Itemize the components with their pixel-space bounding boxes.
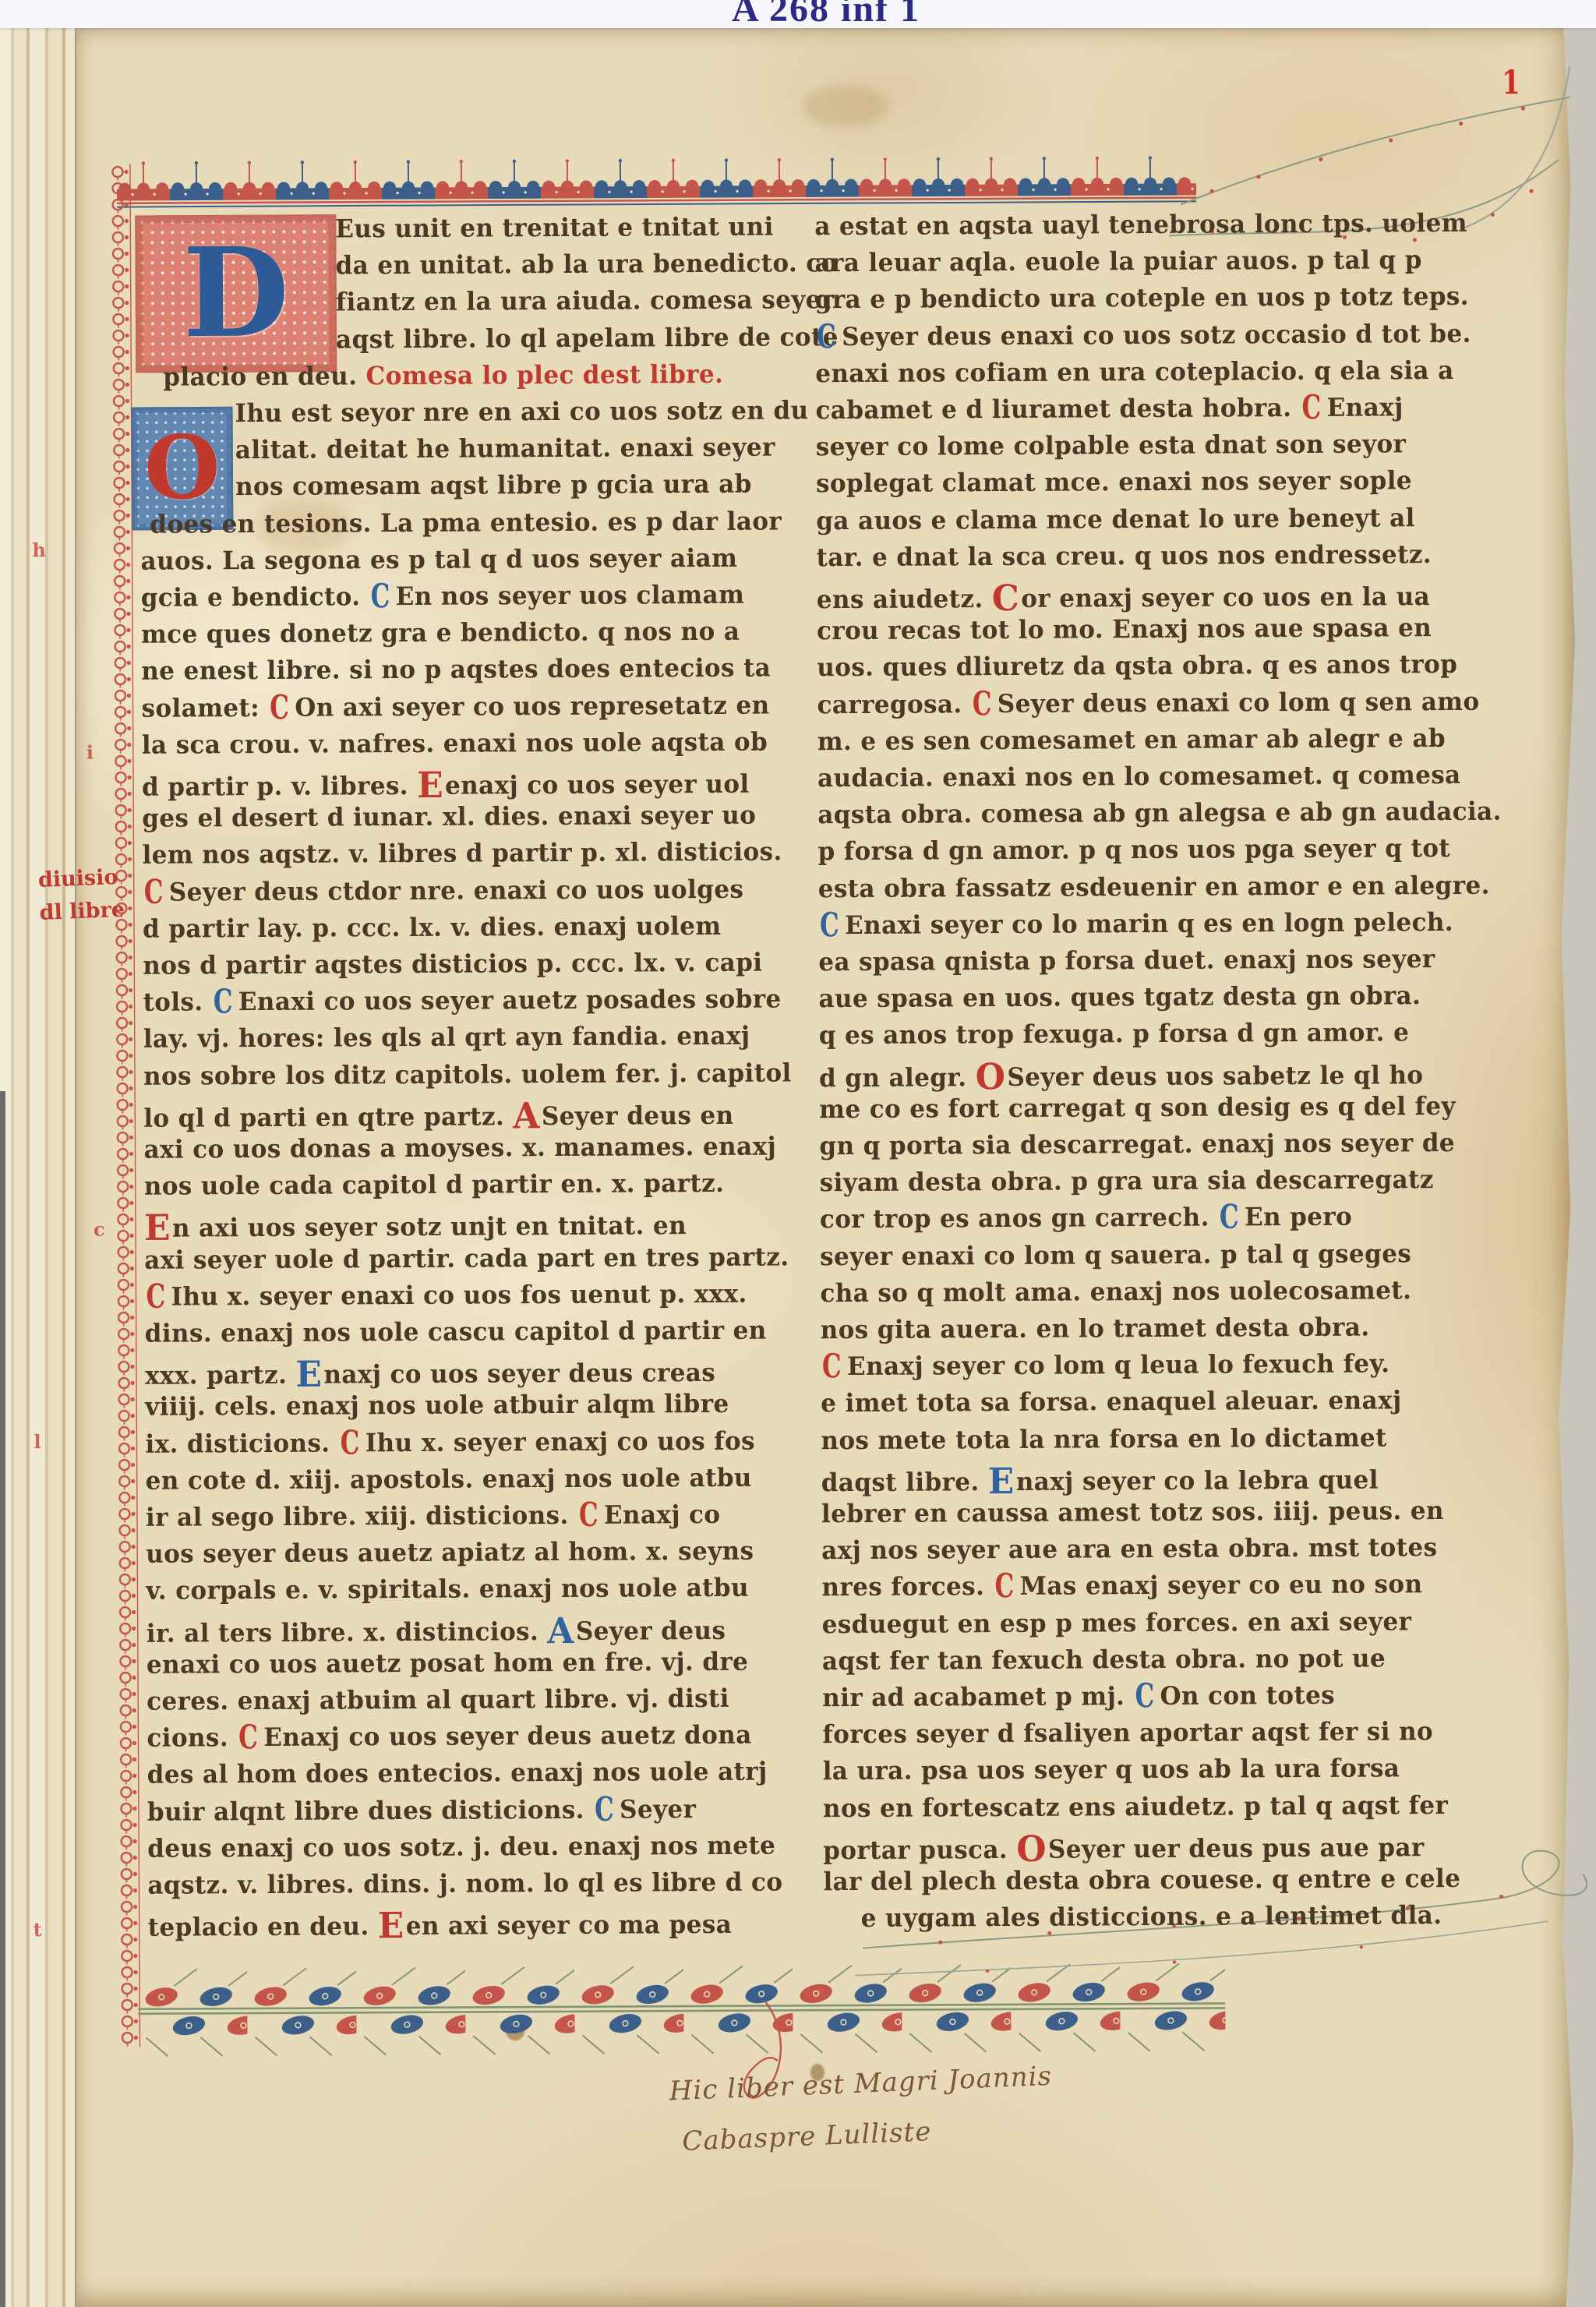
- text-line: solamet: COn axi seyer co uos represetat…: [141, 693, 769, 721]
- text-line: xxx. partz. Enaxj co uos seyer deus crea…: [145, 1355, 715, 1394]
- text-run: d gn alegr.: [819, 1063, 976, 1093]
- text-line: nos en fortescatz ens aiudetz. p tal q a…: [823, 1793, 1448, 1821]
- text-line: Eus unit en trenitat e tnitat uni: [335, 215, 774, 242]
- inline-initial: E: [988, 1461, 1015, 1502]
- text-run: carregosa.: [817, 690, 970, 719]
- text-line: seyer enaxi co lom q sauera. p tal q gse…: [820, 1242, 1411, 1270]
- text-line: axj nos seyer aue ara en esta obra. mst …: [821, 1535, 1437, 1563]
- text-run: axj nos seyer aue ara en esta obra. mst …: [821, 1533, 1437, 1566]
- text-run: En nos seyer uos clamam: [396, 581, 745, 612]
- text-line: nos gita auera. en lo tramet desta obra.: [821, 1316, 1370, 1344]
- text-run: Enaxi seyer co lo marin q es en logn pel…: [845, 908, 1453, 941]
- text-run: des al hom does entecios. enaxj nos uole…: [147, 1758, 768, 1790]
- paragraph-mark: C: [595, 1793, 614, 1827]
- text-run: nos en fortescatz ens aiudetz. p tal q a…: [823, 1791, 1448, 1824]
- text-line: a estat en aqsta uayl tenebrosa lonc tps…: [814, 211, 1467, 240]
- text-line: esduegut en esp p mes forces. en axi sey…: [822, 1609, 1412, 1638]
- text-run: Ihu x. seyer enaxi co uos fos uenut p. x…: [171, 1279, 747, 1311]
- text-run: enaxi co uos auetz posat hom en fre. vj.…: [147, 1647, 748, 1679]
- text-line: tols. CEnaxi co uos seyer auetz posades …: [143, 987, 781, 1016]
- text-line: q es anos trop fexuga. p forsa d gn amor…: [819, 1021, 1410, 1049]
- text-line: alitat. deitat he humanitat. enaxi seyer: [235, 436, 775, 464]
- text-line: auos. La segona es p tal q d uos seyer a…: [140, 546, 737, 574]
- text-run: nos comesam aqst libre p gcia ura ab: [235, 470, 752, 502]
- text-line: d partir lay. p. ccc. lx. v. dies. enaxj…: [143, 914, 722, 942]
- top-border-ornament: [117, 154, 1196, 209]
- inline-initial: E: [417, 765, 443, 806]
- text-run: forces seyer d fsaliyen aportar aqst fer…: [822, 1717, 1433, 1750]
- paragraph-mark: C: [1220, 1202, 1239, 1235]
- text-run: ir al sego libre. xiij. disticions.: [146, 1501, 577, 1532]
- paragraph-mark: C: [341, 1427, 360, 1461]
- text-run: nir ad acabamet p mj.: [822, 1682, 1134, 1713]
- margin-note-line: diuisio: [37, 861, 124, 897]
- text-line: ne enest libre. si no p aqstes does ente…: [141, 656, 771, 684]
- text-run: portar pusca.: [823, 1835, 1016, 1866]
- shelfmark-label: A 268 inf 1: [678, 0, 974, 28]
- text-line: viiij. cels. enaxj nos uole atbuir alqm …: [145, 1392, 729, 1420]
- text-run: daqst libre.: [821, 1468, 988, 1498]
- inline-initial: O: [1016, 1828, 1047, 1870]
- text-column-b: a estat en aqsta uayl tenebrosa lonc tps…: [814, 208, 1494, 1973]
- text-line: lar del plech desta obra couese. q entre…: [823, 1867, 1460, 1895]
- text-run: e imet tota sa forsa. enaquel aleuar. en…: [821, 1387, 1401, 1418]
- text-line: soplegat clamat mce. enaxi nos seyer sop…: [816, 469, 1412, 497]
- text-run: On axi seyer co uos represetatz en: [295, 691, 769, 722]
- paragraph-mark: C: [994, 1570, 1014, 1604]
- text-line: carregosa. CSeyer deus enaxi co lom q se…: [817, 689, 1479, 718]
- text-run: auos. La segona es p tal q d uos seyer a…: [140, 543, 737, 575]
- text-run: uos seyer deus auetz apiatz al hom. x. s…: [146, 1537, 754, 1570]
- paragraph-mark: C: [146, 1281, 165, 1314]
- text-run: m. e es sen comesamet en amar ab alegr e…: [817, 724, 1446, 757]
- text-run: does en tesions. La pma entesio. es p da…: [150, 507, 782, 539]
- text-run: la sca crou. v. nafres. enaxi nos uole a…: [142, 727, 768, 760]
- text-line: siyam desta obra. p gra ura sia descarre…: [820, 1168, 1434, 1196]
- text-line: nos d partir aqstes disticios p. ccc. lx…: [143, 951, 762, 979]
- text-run: Ihu est seyor nre en axi co uos sotz en …: [235, 396, 808, 428]
- margin-mark: h: [32, 539, 46, 561]
- text-run: da en unitat. ab la ura benedicto. co: [335, 249, 837, 281]
- text-line: Ihu est seyor nre en axi co uos sotz en …: [235, 398, 808, 426]
- text-run: gn q porta sia descarregat. enaxj nos se…: [819, 1129, 1455, 1161]
- text-run: esduegut en esp p mes forces. en axi sey…: [822, 1607, 1412, 1639]
- paragraph-mark: C: [214, 986, 233, 1019]
- paragraph-mark: C: [1135, 1680, 1154, 1714]
- text-run: q es anos trop fexuga. p forsa d gn amor…: [819, 1019, 1410, 1051]
- text-run: Seyer: [620, 1795, 696, 1825]
- text-line: enaxi nos cofiam en ura coteplacio. q el…: [815, 359, 1454, 387]
- text-line: cha so q molt ama. enaxj nos uolecosamet…: [820, 1278, 1411, 1306]
- text-run: axi seyer uole d partir. cada part en tr…: [144, 1242, 789, 1275]
- text-line: ea spasa qnista p forsa duet. enaxj nos …: [818, 947, 1435, 975]
- text-run: Seyer deus uos sabetz le ql ho: [1007, 1061, 1423, 1092]
- text-run: naxj seyer co la lebra quel: [1016, 1465, 1379, 1496]
- text-line: gra e p bendicto ura coteple en uos p to…: [815, 284, 1469, 313]
- page-content: 1: [0, 0, 1596, 2307]
- text-run: dins. enaxj nos uole cascu capitol d par…: [145, 1316, 767, 1348]
- text-run: ara leuar aqla. euole la puiar auos. p t…: [814, 246, 1421, 278]
- paragraph-mark: C: [270, 691, 289, 725]
- text-run: nres forces.: [821, 1572, 993, 1602]
- text-line: v. corpals e. v. spiritals. enaxj nos uo…: [146, 1576, 749, 1604]
- text-run: enaxj co uos seyer uol: [445, 770, 750, 800]
- text-line: uos seyer deus auetz apiatz al hom. x. s…: [146, 1539, 754, 1567]
- text-run: uos. ques dliuretz da qsta obra. q es an…: [817, 650, 1457, 683]
- margin-note: diuisio dl libre: [37, 861, 125, 930]
- text-line: cions. CEnaxj co uos seyer deus auetz do…: [147, 1723, 751, 1751]
- text-run: or enaxj seyer co uos en la ua: [1021, 582, 1430, 613]
- paragraph-mark: C: [817, 321, 836, 355]
- text-run: v. corpals e. v. spiritals. enaxj nos uo…: [146, 1574, 749, 1606]
- margin-mark: t: [34, 1918, 42, 1941]
- text-line: enaxi co uos auetz posat hom en fre. vj.…: [147, 1650, 748, 1678]
- text-run: viiij. cels. enaxj nos uole atbuir alqm …: [145, 1390, 729, 1422]
- text-run: la ura. psa uos seyer q uos ab la ura fo…: [823, 1754, 1400, 1786]
- text-run: Enaxi co uos seyer auetz posades sobre: [238, 985, 782, 1017]
- inline-initial: E: [378, 1906, 404, 1947]
- text-run: p forsa d gn amor. p q nos uos pga seyer…: [817, 834, 1450, 867]
- text-line: CEnaxj seyer co lom q leua lo fexuch fey…: [821, 1352, 1390, 1380]
- text-line: audacia. enaxi nos en lo comesamet. q co…: [817, 763, 1461, 792]
- text-run: ix. disticions.: [145, 1429, 338, 1459]
- text-line: CIhu x. seyer enaxi co uos fos uenut p. …: [144, 1282, 747, 1310]
- text-run: cha so q molt ama. enaxj nos uolecosamet…: [820, 1276, 1411, 1308]
- paragraph-mark: C: [371, 581, 390, 614]
- text-run: ir. al ters libre. x. distincios.: [147, 1617, 548, 1648]
- text-line: m. e es sen comesamet en amar ab alegr e…: [817, 726, 1446, 754]
- text-run: solamet:: [141, 693, 268, 722]
- text-run: en axi seyer co ma pesa: [406, 1910, 733, 1941]
- text-run: Enaxj: [1327, 393, 1404, 422]
- text-line: d partir p. v. libres. Eenaxj co uos sey…: [142, 766, 750, 805]
- text-run: Seyer deus enaxi co uos sotz occasio d t…: [842, 319, 1471, 352]
- text-run: soplegat clamat mce. enaxi nos seyer sop…: [816, 467, 1412, 499]
- text-run: lar del plech desta obra couese. q entre…: [823, 1864, 1460, 1897]
- text-run: aqst fer tan fexuch desta obra. no pot u…: [822, 1644, 1386, 1676]
- text-line: forces seyer d fsaliyen aportar aqst fer…: [822, 1719, 1433, 1747]
- text-line: placio en deu. Comesa lo plec dest libre…: [163, 362, 723, 390]
- text-run: n axi uos seyer sotz unjt en tnitat. en: [172, 1211, 687, 1243]
- inline-initial: O: [976, 1056, 1006, 1097]
- text-run: seyer enaxi co lom q sauera. p tal q gse…: [820, 1239, 1411, 1271]
- inline-initial: A: [513, 1095, 540, 1136]
- text-line: ga auos e clama mce denat lo ure beneyt …: [816, 506, 1415, 534]
- text-run: deus enaxj co uos sotz. j. deu. enaxj no…: [147, 1831, 775, 1864]
- text-run: cions.: [147, 1723, 237, 1753]
- text-line: ara leuar aqla. euole la puiar auos. p t…: [814, 248, 1421, 276]
- text-run: placio en deu.: [163, 362, 365, 392]
- text-line: nos mete tota la nra forsa en lo dictame…: [821, 1426, 1387, 1454]
- text-run: xxx. partz.: [145, 1361, 296, 1390]
- text-run: Seyer deus enaxi co lom q sen amo: [997, 687, 1480, 719]
- text-run: lay. vj. hores: les qls al qrt ayn fandi…: [143, 1022, 750, 1055]
- text-line: ir al sego libre. xiij. disticions. CEna…: [146, 1503, 721, 1531]
- text-run: lo ql d parti en qtre partz.: [143, 1102, 513, 1133]
- paragraph-mark: C: [1301, 392, 1321, 426]
- margin-note-line: dl libre: [39, 893, 125, 929]
- text-line: dins. enaxj nos uole cascu capitol d par…: [145, 1319, 767, 1347]
- text-line: aqst libre. lo ql apelam libre de cote: [336, 325, 839, 353]
- text-run: On con totes: [1160, 1681, 1335, 1712]
- text-line: uos. ques dliuretz da qsta obra. q es an…: [817, 652, 1457, 681]
- text-run: Enaxj co: [604, 1500, 721, 1530]
- text-run: aqsta obra. comesa ab gn alegsa e ab gn …: [817, 797, 1502, 830]
- text-run: Mas enaxj seyer co eu no son: [1019, 1570, 1422, 1601]
- paragraph-mark: C: [579, 1500, 598, 1533]
- paragraph-mark: C: [822, 1351, 842, 1384]
- text-run: nos mete tota la nra forsa en lo dictame…: [821, 1423, 1387, 1455]
- inline-initial: C: [992, 578, 1020, 619]
- text-line: lem nos aqstz. v. libres d partir p. xl.…: [142, 840, 782, 869]
- text-line: seyer co lome colpable esta dnat son sey…: [816, 432, 1407, 460]
- text-line: nres forces. CMas enaxj seyer co eu no s…: [821, 1573, 1422, 1601]
- text-run: tols.: [143, 987, 211, 1017]
- text-run: tar. e dnat la sca creu. q uos nos endre…: [816, 540, 1432, 573]
- text-run: lebrer en caussa amest totz sos. iiij. p…: [821, 1496, 1444, 1529]
- text-line: ens aiudetz. Cor enaxj seyer co uos en l…: [817, 579, 1430, 618]
- text-line: e uygam ales disticcions. e a lentimet d…: [861, 1903, 1442, 1931]
- text-line: da en unitat. ab la ura benedicto. co: [335, 251, 837, 279]
- text-run: Eus unit en trenitat e tnitat uni: [335, 212, 774, 243]
- text-line: cabamet e d liuramet desta hobra. CEnaxj: [815, 395, 1403, 423]
- text-line: daqst libre. Enaxj seyer co la lebra que…: [821, 1462, 1379, 1501]
- text-run: e uygam ales disticcions. e a lentimet d…: [861, 1901, 1442, 1933]
- text-run: naxj co uos seyer deus creas: [323, 1358, 715, 1390]
- text-line: la ura. psa uos seyer q uos ab la ura fo…: [823, 1757, 1400, 1785]
- margin-mark: c: [94, 1218, 105, 1241]
- text-run: d partir lay. p. ccc. lx. v. dies. enaxj…: [143, 912, 722, 944]
- text-run: audacia. enaxi nos en lo comesamet. q co…: [817, 761, 1461, 793]
- text-run: ne enest libre. si no p aqstes does ente…: [141, 654, 771, 687]
- text-line: ges el desert d iunar. xl. dies. enaxi s…: [142, 804, 756, 832]
- text-run: ges el desert d iunar. xl. dies. enaxi s…: [142, 801, 756, 834]
- text-line: buir alqnt libre dues disticions. CSeyer: [147, 1797, 697, 1825]
- text-line: CEnaxi seyer co lo marin q es en logn pe…: [818, 910, 1453, 939]
- text-line: mce ques donetz gra e bendicto. q nos no…: [141, 620, 740, 648]
- text-run: aue spasa en uos. ques tgatz desta gn ob…: [818, 981, 1421, 1013]
- shelfmark-strip: A 268 inf 1: [0, 0, 1596, 28]
- text-line: la sca crou. v. nafres. enaxi nos uole a…: [142, 730, 768, 758]
- text-line: tar. e dnat la sca creu. q uos nos endre…: [816, 542, 1432, 571]
- text-run: me co es fort carregat q son desig es q …: [819, 1092, 1456, 1125]
- text-run: En pero: [1245, 1203, 1352, 1232]
- text-run: crou recas tot lo mo. Enaxj nos aue spas…: [817, 613, 1432, 646]
- text-line: ir. al ters libre. x. distincios. ASeyer…: [147, 1613, 726, 1652]
- text-line: axi co uos donas a moyses. x. manames. e…: [143, 1135, 776, 1163]
- text-line: cor trop es anos gn carrech. CEn pero: [820, 1205, 1352, 1233]
- text-run: Enaxj co uos seyer deus auetz dona: [263, 1721, 752, 1753]
- text-line: lo ql d parti en qtre partz. ASeyer deus…: [143, 1097, 733, 1136]
- margin-mark: i: [87, 741, 94, 764]
- text-run: seyer co lome colpable esta dnat son sey…: [816, 429, 1407, 461]
- text-line: teplacio en deu. Een axi seyer co ma pes…: [148, 1907, 733, 1946]
- text-line: portar pusca. OSeyer uer deus pus aue pa…: [823, 1830, 1425, 1869]
- text-run: aqst libre. lo ql apelam libre de cote: [336, 323, 839, 355]
- rubric-run: Comesa lo plec dest libre.: [365, 360, 723, 391]
- text-line: gn q porta sia descarregat. enaxj nos se…: [819, 1131, 1455, 1160]
- text-run: Seyer uer deus pus aue par: [1048, 1833, 1425, 1864]
- inline-initial: E: [144, 1208, 171, 1249]
- text-run: cor trop es anos gn carrech.: [820, 1203, 1218, 1235]
- text-line: CSeyer deus enaxi co uos sotz occasio d …: [815, 321, 1471, 350]
- text-line: me co es fort carregat q son desig es q …: [819, 1094, 1456, 1123]
- text-line: nos sobre los ditz capitols. uolem fer. …: [143, 1061, 792, 1090]
- text-line: lebrer en caussa amest totz sos. iiij. p…: [821, 1499, 1444, 1527]
- text-line: nos uole cada capitol d partir en. x. pa…: [144, 1171, 725, 1199]
- text-run: buir alqnt libre dues disticions.: [147, 1795, 593, 1826]
- text-run: enaxi nos cofiam en ura coteplacio. q el…: [815, 356, 1454, 389]
- text-run: Seyer deus: [576, 1616, 726, 1645]
- text-run: cabamet e d liuramet desta hobra.: [815, 394, 1300, 426]
- text-run: Seyer deus ctdor nre. enaxi co uos uolge…: [169, 874, 744, 906]
- paragraph-mark: C: [973, 688, 992, 722]
- text-line: aqsta obra. comesa ab gn alegsa e ab gn …: [817, 800, 1502, 828]
- text-run: Seyer deus en: [542, 1101, 734, 1132]
- text-line: d gn alegr. OSeyer deus uos sabetz le ql…: [819, 1058, 1424, 1097]
- text-line: crou recas tot lo mo. Enaxj nos aue spas…: [817, 616, 1432, 644]
- text-column-a: Eus unit en trenitat e tnitat unida en u…: [139, 212, 810, 1977]
- paragraph-mark: C: [820, 910, 839, 943]
- text-line: axi seyer uole d partir. cada part en tr…: [144, 1245, 789, 1274]
- text-run: esta obra fassatz esdeuenir en amor e en…: [818, 871, 1490, 903]
- text-run: aqstz. v. libres. dins. j. nom. lo ql es…: [147, 1867, 782, 1900]
- text-run: ga auos e clama mce denat lo ure beneyt …: [816, 503, 1415, 535]
- paragraph-mark: C: [238, 1722, 258, 1755]
- text-run: axi co uos donas a moyses. x. manames. e…: [143, 1132, 776, 1164]
- text-run: nos uole cada capitol d partir en. x. pa…: [144, 1169, 725, 1201]
- text-run: mce ques donetz gra e bendicto. q nos no…: [141, 617, 740, 649]
- text-line: En axi uos seyer sotz unjt en tnitat. en: [144, 1208, 687, 1246]
- text-line: deus enaxj co uos sotz. j. deu. enaxj no…: [147, 1833, 775, 1861]
- text-run: Ihu x. seyer enaxj co uos fos: [365, 1426, 755, 1457]
- text-run: fiantz en la ura aiuda. comesa seyer: [336, 285, 835, 317]
- text-line: gcia e bendicto. CEn nos seyer uos clama…: [141, 583, 745, 611]
- text-line: des al hom does entecios. enaxj nos uole…: [147, 1760, 768, 1788]
- text-run: a estat en aqsta uayl tenebrosa lonc tps…: [814, 209, 1467, 242]
- inline-initial: A: [547, 1610, 574, 1652]
- text-run: ea spasa qnista p forsa duet. enaxj nos …: [818, 945, 1435, 977]
- text-run: siyam desta obra. p gra ura sia descarre…: [820, 1165, 1434, 1198]
- text-line: does en tesions. La pma entesio. es p da…: [150, 509, 782, 537]
- margin-mark: l: [34, 1430, 41, 1453]
- text-run: gcia e bendicto.: [141, 582, 369, 613]
- text-line: lay. vj. hores: les qls al qrt ayn fandi…: [143, 1024, 750, 1052]
- text-run: ens aiudetz.: [817, 585, 992, 615]
- text-run: d partir p. v. libres.: [142, 772, 417, 802]
- text-run: nos sobre los ditz capitols. uolem fer. …: [143, 1058, 792, 1091]
- text-line: ix. disticions. CIhu x. seyer enaxj co u…: [145, 1429, 755, 1457]
- text-line: nos comesam aqst libre p gcia ura ab: [235, 472, 752, 500]
- text-run: ceres. enaxj atbuim al quart libre. vj. …: [147, 1684, 729, 1716]
- text-line: aqstz. v. libres. dins. j. nom. lo ql es…: [147, 1870, 782, 1899]
- text-line: aqst fer tan fexuch desta obra. no pot u…: [822, 1646, 1386, 1674]
- text-line: fiantz en la ura aiuda. comesa seyer: [336, 288, 835, 316]
- text-line: esta obra fassatz esdeuenir en amor e en…: [818, 873, 1490, 902]
- text-line: p forsa d gn amor. p q nos uos pga seyer…: [817, 836, 1450, 864]
- text-line: CSeyer deus ctdor nre. enaxi co uos uolg…: [143, 877, 744, 905]
- text-run: alitat. deitat he humanitat. enaxi seyer: [235, 433, 775, 465]
- text-run: lem nos aqstz. v. libres d partir p. xl.…: [142, 838, 782, 871]
- text-run: teplacio en deu.: [148, 1912, 378, 1942]
- ownership-inscription: Hic liber est Magri Joannis Cabaspre Lul…: [669, 2051, 1055, 2167]
- inline-initial: E: [295, 1354, 322, 1395]
- text-line: en cote d. xiij. apostols. enaxj nos uol…: [146, 1465, 752, 1493]
- text-run: en cote d. xiij. apostols. enaxj nos uol…: [146, 1463, 752, 1496]
- text-run: nos d partir aqstes disticios p. ccc. lx…: [143, 948, 762, 980]
- paragraph-mark: C: [144, 876, 164, 910]
- text-run: gra e p bendicto ura coteple en uos p to…: [815, 282, 1469, 315]
- text-run: Enaxj seyer co lom q leua lo fexuch fey.: [847, 1349, 1390, 1381]
- text-line: nir ad acabamet p mj. COn con totes: [822, 1683, 1335, 1712]
- text-line: e imet tota sa forsa. enaquel aleuar. en…: [821, 1389, 1401, 1417]
- text-run: nos gita auera. en lo tramet desta obra.: [821, 1312, 1370, 1344]
- text-line: aue spasa en uos. ques tgatz desta gn ob…: [818, 984, 1421, 1012]
- text-line: ceres. enaxj atbuim al quart libre. vj. …: [147, 1687, 729, 1715]
